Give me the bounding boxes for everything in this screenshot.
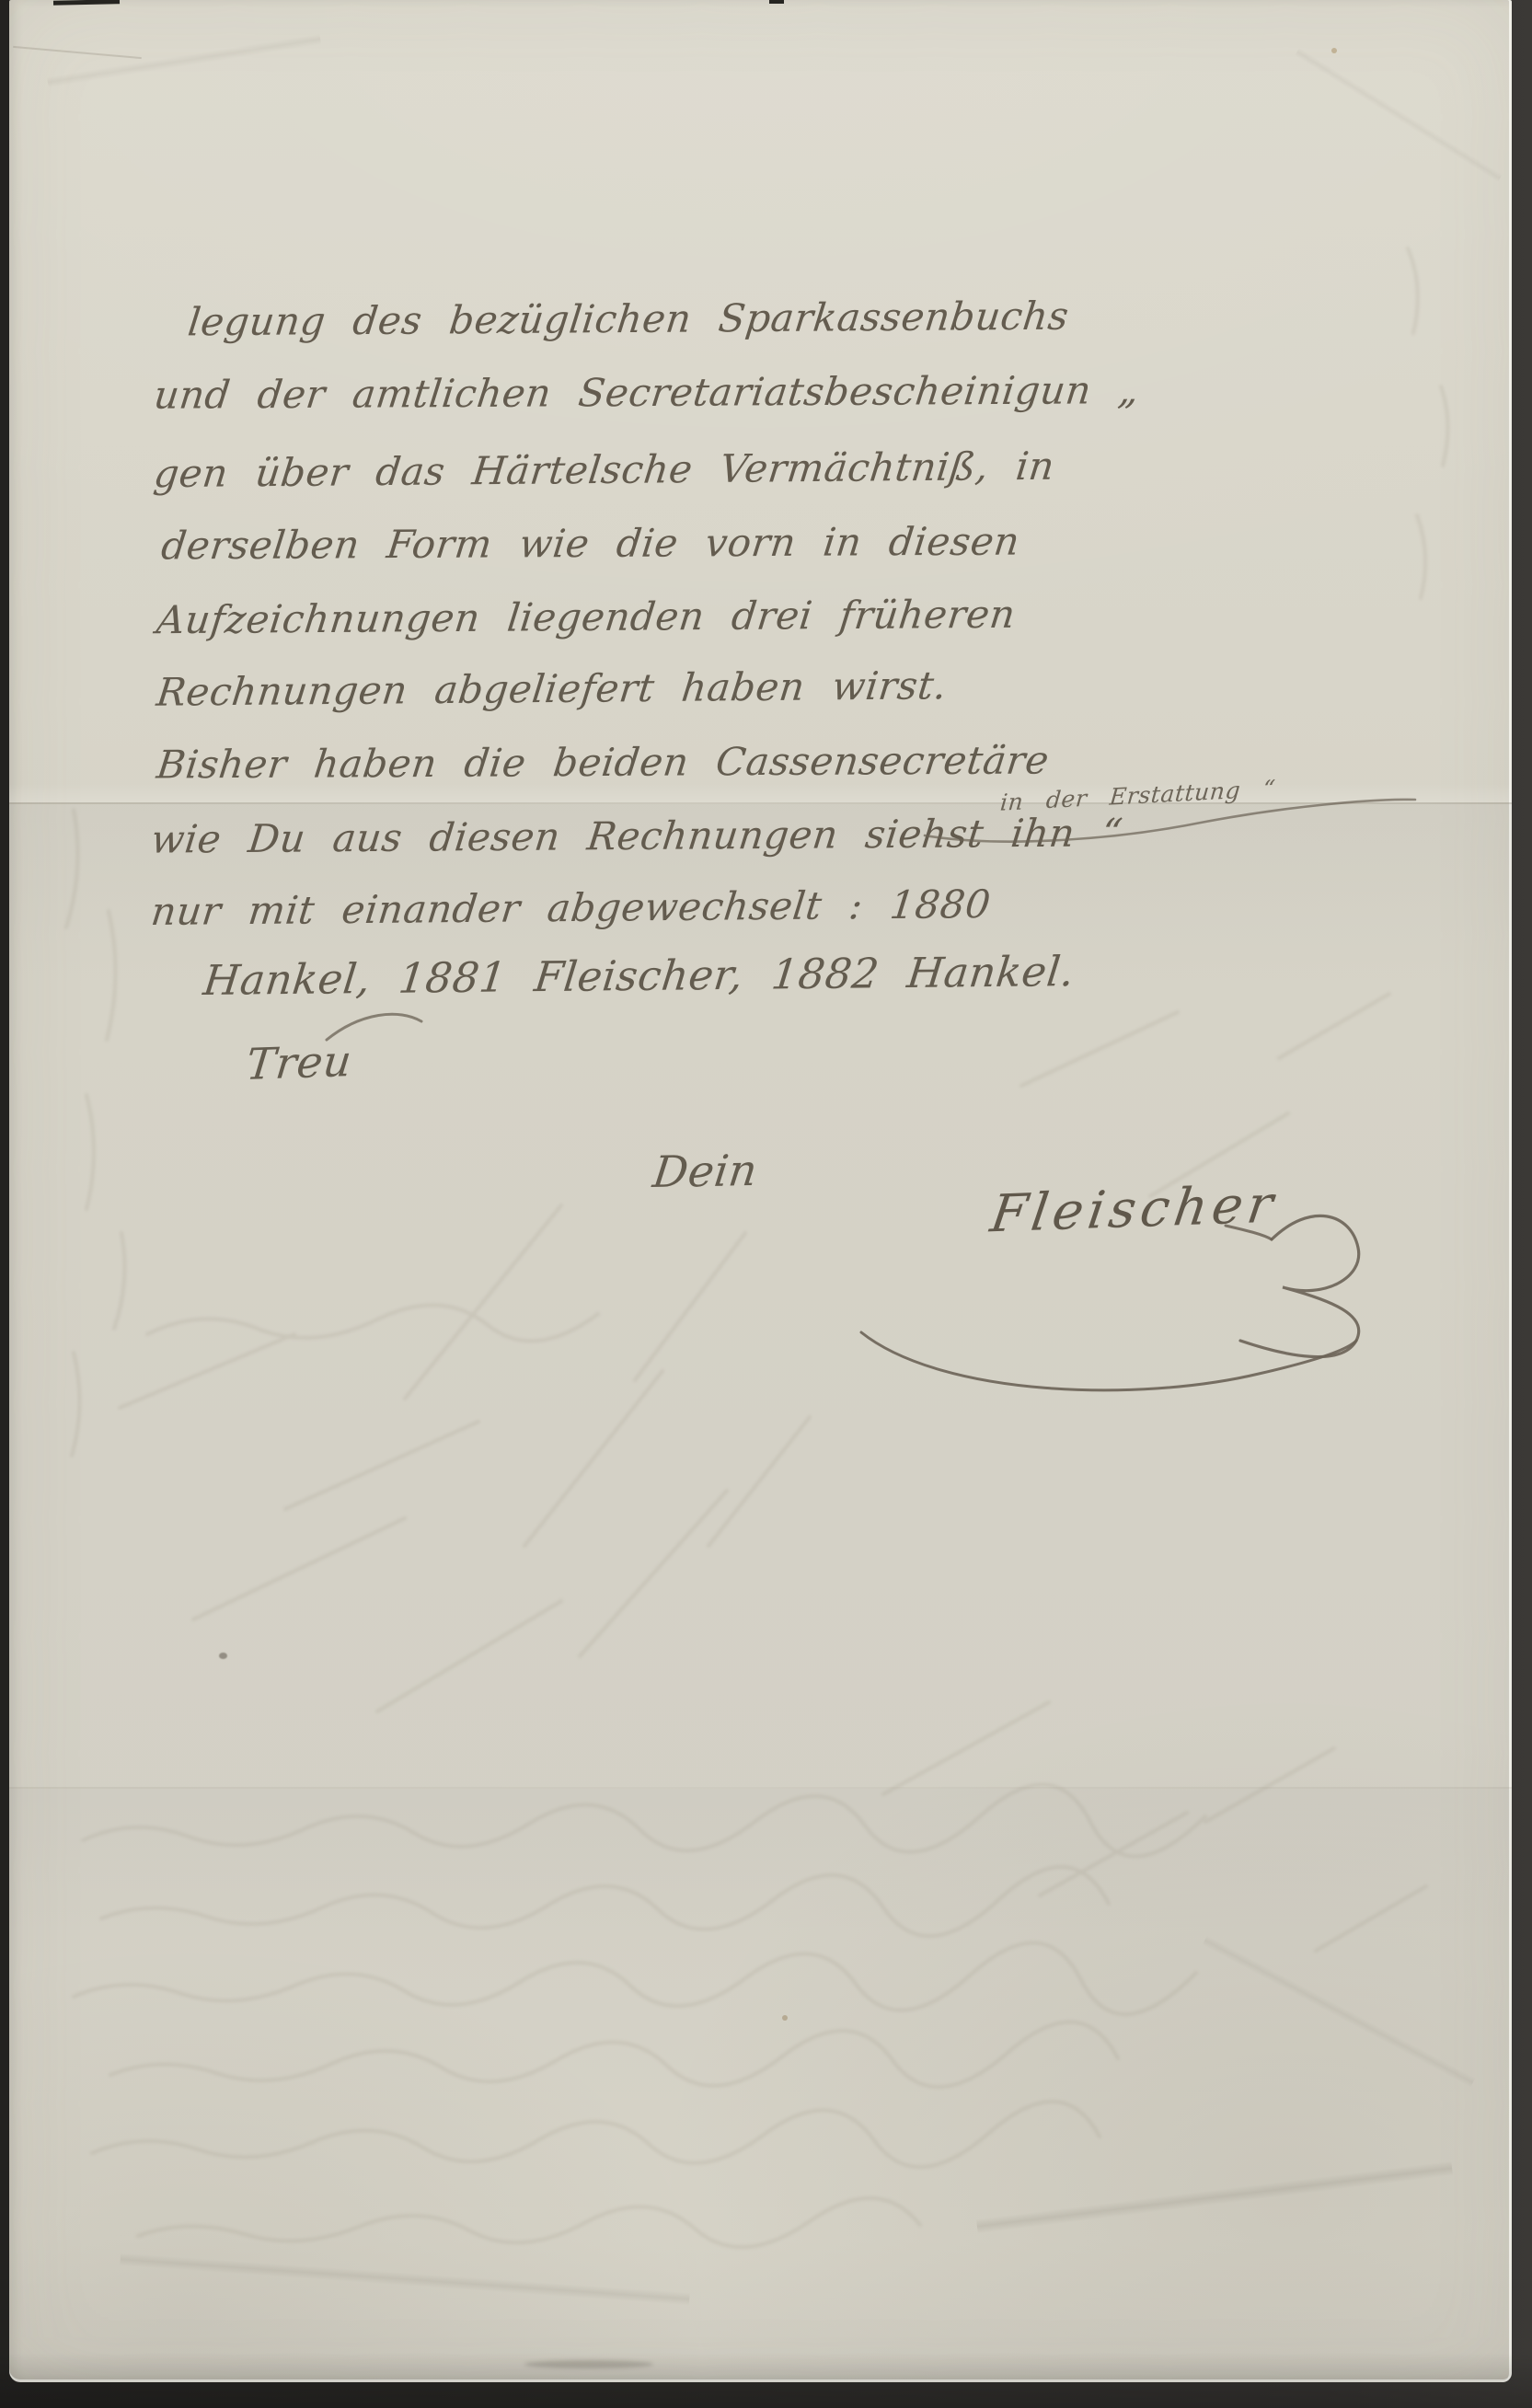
fold-crease bbox=[9, 802, 1512, 804]
paper-wrinkle bbox=[976, 2160, 1453, 2233]
paper-speck bbox=[782, 2015, 788, 2021]
handwritten-line: derselben Form wie die vorn in diesen bbox=[159, 519, 1022, 569]
closing-valediction: Treu bbox=[244, 1036, 354, 1090]
handwritten-line: Rechnungen abgeliefert haben wirst. bbox=[155, 662, 950, 714]
handwritten-line: Hankel, 1881 Fleischer, 1882 Hankel. bbox=[201, 947, 1077, 1005]
handwritten-line: wie Du aus diesen Rechnungen siehst ihn … bbox=[149, 810, 1125, 861]
scan-background: legung des bezüglichen Sparkassenbuchs u… bbox=[0, 0, 1532, 2408]
paper-speck bbox=[524, 2360, 653, 2368]
paper-speck bbox=[219, 1653, 227, 1659]
paper-wrinkle bbox=[120, 2252, 689, 2305]
handwritten-line: und der amtlichen Secretariatsbescheinig… bbox=[152, 367, 1142, 418]
paper-wrinkle bbox=[1295, 48, 1503, 182]
signature-text: Fleischer bbox=[987, 1175, 1282, 1245]
handwritten-line: gen über das Härtelsche Vermächtniß, in bbox=[152, 444, 1057, 497]
signature-flourish bbox=[9, 0, 1512, 2382]
paper-speck bbox=[1331, 48, 1337, 53]
bleed-through-texture bbox=[9, 0, 1512, 2382]
handwritten-line: nur mit einander abgewechselt : 1880 bbox=[149, 881, 994, 934]
fold-crease bbox=[9, 1787, 1512, 1789]
paper-wrinkle bbox=[1202, 1935, 1475, 2088]
handwritten-line: legung des bezüglichen Sparkassenbuchs bbox=[186, 294, 1071, 345]
fold-shadow bbox=[9, 1789, 1512, 1936]
paper-scratch bbox=[13, 46, 142, 59]
closing-pronoun: Dein bbox=[650, 1146, 760, 1198]
letter-page: legung des bezüglichen Sparkassenbuchs u… bbox=[9, 0, 1512, 2382]
paper-wrinkle bbox=[47, 34, 321, 88]
handwritten-line: Aufzeichnungen liegenden drei früheren bbox=[155, 592, 1018, 643]
handwritten-line: Bisher haben die beiden Cassensecretäre bbox=[155, 737, 1052, 787]
